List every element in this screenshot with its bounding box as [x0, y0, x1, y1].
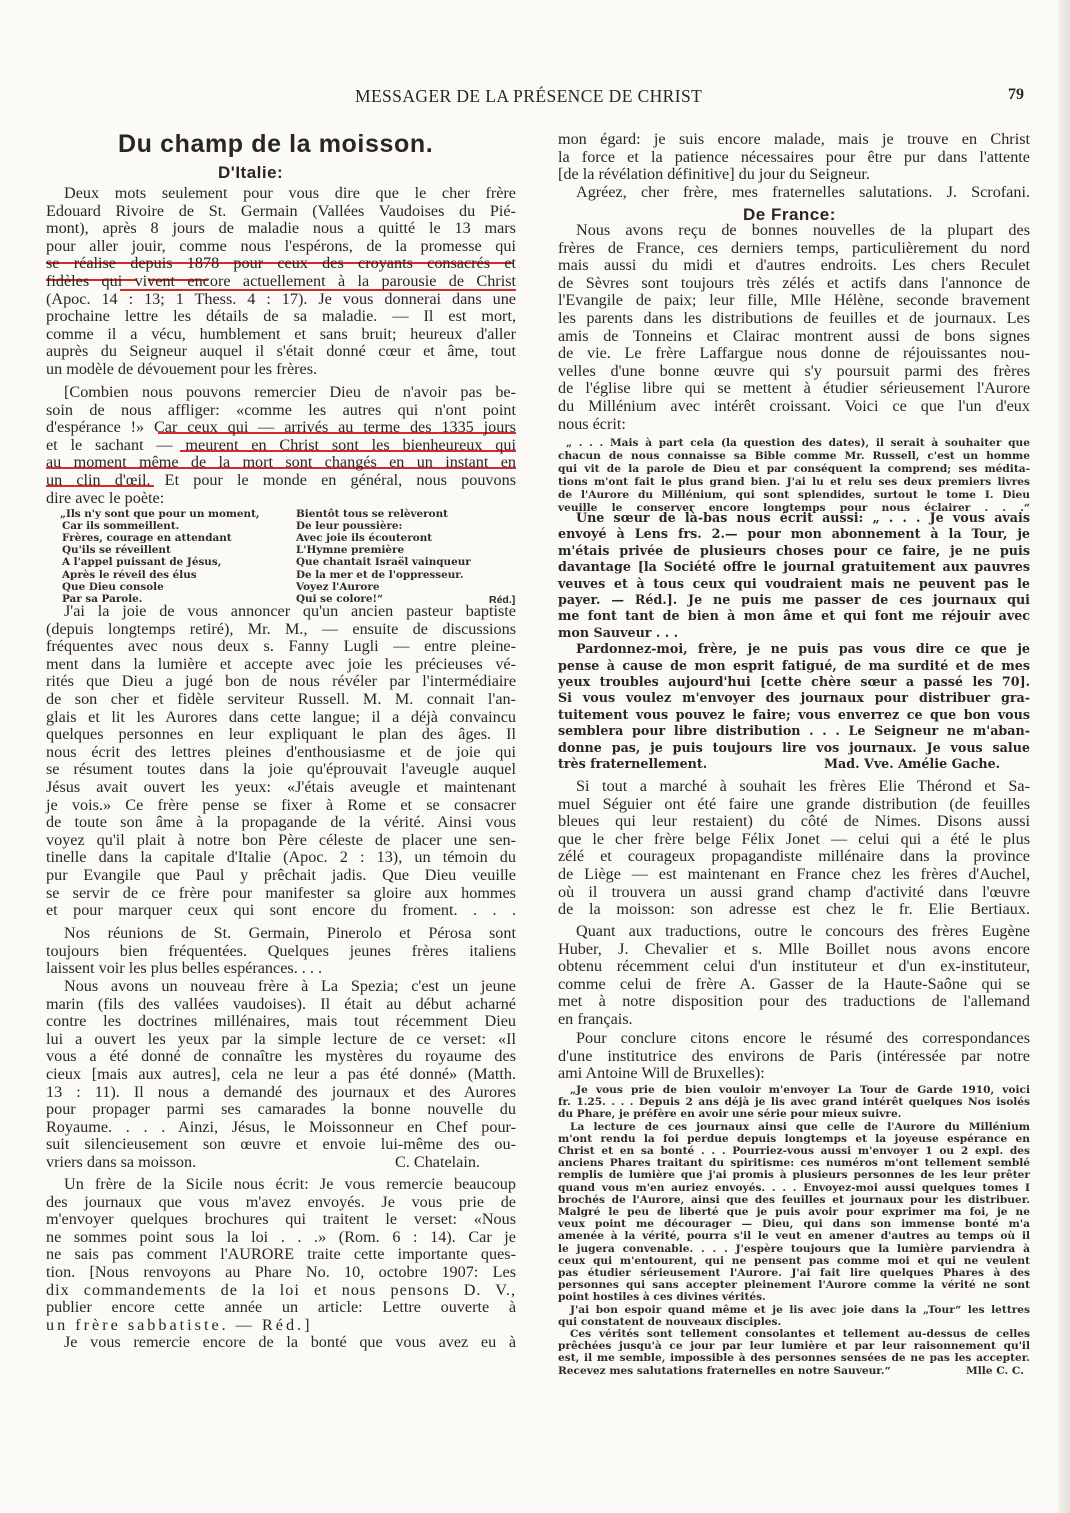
text-line: fréquentes avec nous deux s. Fanny Lugli… — [46, 638, 516, 655]
text-line: J'ai la joie de vous annoncer qu'un anci… — [64, 603, 516, 620]
text-line: Un frère de la Sicile nous écrit: Je vou… — [64, 1176, 516, 1193]
letter-line: Une sœur de là-bas nous écrit aussi: „ .… — [576, 509, 1030, 526]
text-line: un frère sabbatiste. — Réd.] — [46, 1317, 313, 1334]
quote-line: qui constatent de nouveaux disciples. — [558, 1316, 781, 1328]
quote-line: prêchées jusqu'à ce jour par leur lumièr… — [558, 1340, 1030, 1352]
letter-line: semblera pour libre distribution . . . L… — [558, 722, 1030, 739]
letter-line: mon Sauveur . . . — [558, 624, 678, 641]
poem-line: Après le réveil des élus — [62, 570, 197, 581]
quote-line: J'ai bon espoir quand même et je lis ave… — [570, 1304, 1030, 1316]
text-line: zélé et courageux propagandiste millénai… — [558, 848, 1030, 865]
poem-line: L'Hymne première — [296, 545, 404, 556]
quote-line: Recevez mes salutations fraternelles en … — [558, 1365, 891, 1377]
text-line: de l'église libre qui se mettent à étudi… — [558, 380, 1030, 397]
text-line: Nous avons reçu de bonnes nouvelles de l… — [576, 222, 1030, 239]
text-line: rités que Dieu a jugé bon de nous révéle… — [46, 673, 516, 690]
text-line: frères de France, ces derniers temps, pa… — [558, 240, 1030, 257]
quote-line: veux point me décourager — Dieu, qui dan… — [558, 1218, 1030, 1230]
text-line: Huber, J. Chevalier et s. Mlle Boillet n… — [558, 941, 1030, 958]
text-line: publier encore cette année un article: L… — [46, 1299, 516, 1316]
quote-line: „Je vous prie de bien vouloir m'envoyer … — [570, 1084, 1030, 1096]
text-line: les parents dans les distributions de fe… — [558, 310, 1030, 327]
text-line: nous écrit des lettres pleines d'enthous… — [46, 744, 516, 761]
letter-line: tuitement vous pouvez le faire; vous env… — [558, 706, 1030, 723]
quote-line: chacun de nous connaisse sa Bible comme … — [558, 450, 1030, 462]
text-line: un modèle de dévouement pour les frères. — [46, 361, 317, 378]
letter-line: Si vous voulez m'envoyer des journaux po… — [558, 689, 1030, 706]
poem-line: Frères, courage en attendant — [62, 533, 232, 544]
text-line: [de la révélation définitive] du jour du… — [558, 166, 870, 183]
letter-line: donne pas, je puis toujours lire vos jou… — [558, 739, 1030, 756]
section-heading-italy: D'Italie: — [218, 163, 283, 183]
text-line: mon égard: je suis encore malade, mais j… — [558, 131, 1030, 148]
text-line: ne sais pas comment l'AURORE traite cett… — [46, 1246, 516, 1263]
letter-line: yeux troubles aujourd'hui [cette chère s… — [558, 673, 1030, 690]
text-line: laissent voir les plus belles espérances… — [46, 960, 322, 977]
text-line: vriers dans sa moisson. — [46, 1154, 196, 1171]
text-line: bleues qui leur restaient) du côté de Ni… — [558, 813, 1030, 830]
text-line: d'une institutrice des environs de Paris… — [558, 1048, 1030, 1065]
quote-line: quand vous m'en auriez envoyés. . . . En… — [558, 1182, 1030, 1194]
quote-line: point hostiles à ces divines vérités. — [558, 1291, 766, 1303]
letter-line: m'étais privée de plusieurs choses pour … — [558, 542, 1030, 559]
quote-line: „ . . . Mais à part cela (la question de… — [566, 437, 1030, 449]
quote-line: anciens Phares traitant du spiritisme: c… — [558, 1157, 1030, 1169]
letter-line: veuves et à tous ceux qui voudraient mai… — [558, 575, 1030, 592]
text-line: Pour conclure citons encore le résumé de… — [576, 1030, 1030, 1047]
text-line: Agréez, cher frère, mes fraternelles sal… — [576, 184, 1030, 201]
text-line: (Apoc. 14 : 13; 1 Thess. 4 : 17). Je vou… — [46, 291, 516, 308]
text-line: de vie. Le frère Laffargue nous donne de… — [558, 345, 1030, 362]
quote-line: Ces vérités sont tellement consolantes e… — [570, 1328, 1030, 1340]
text-line: en français. — [558, 1011, 633, 1028]
quote-line: La lecture de ces journaux ainsi que cel… — [570, 1121, 1030, 1133]
text-line: d'espérance !» Car ceux qui — arrivés au… — [46, 419, 516, 436]
signature: Mlle C. C. — [966, 1365, 1024, 1377]
quote-line: qui vit de la parole de Dieu et par cons… — [558, 463, 1030, 475]
poem-line: Que chantait Israël vainqueur — [296, 557, 471, 568]
text-line: m'envoyer quelques brochures qui traiten… — [46, 1211, 516, 1228]
quote-line: brochés de l'Aurore, ainsi que des feuil… — [558, 1194, 1030, 1206]
letter-line: Pardonnez-moi, frère, je ne puis pas vou… — [576, 640, 1030, 657]
text-line: soin de nous affliger: «comme les autres… — [46, 402, 516, 419]
text-line: ne sommes point sous la loi . . .» (Rom.… — [46, 1229, 516, 1246]
text-line: se résument toutes dans la joie qu'éprou… — [46, 761, 516, 778]
text-line: toujours bien fréquentées. Quelques jeun… — [46, 943, 516, 960]
text-line: et pour marquer ceux qui sont encore du … — [46, 902, 516, 919]
text-line: (depuis longtemps retiré), Mr. M., — ens… — [46, 621, 516, 638]
text-line: des journaux que vous m'avez envoyés. Je… — [46, 1194, 516, 1211]
poem-line: Voyez l'Aurore — [296, 582, 379, 593]
poem-line: „Ils n'y sont que pour un moment, — [60, 509, 260, 520]
text-line: et le sachant — meurent en Christ sont l… — [46, 437, 516, 454]
poem-line: A l'appel puissant de Jésus, — [62, 557, 221, 568]
text-line: comme il a vécu, humblement et sans brui… — [46, 326, 516, 343]
text-line: la force et la patience nécessaires pour… — [558, 149, 1030, 166]
text-line: mais aussi du midi et d'autres endroits.… — [558, 257, 1030, 274]
text-line: l'Evangile de paix; leur fille, Mlle Hél… — [558, 292, 1030, 309]
text-line: muel Séguier ont été faire une grande di… — [558, 796, 1030, 813]
text-line: Quant aux traductions, outre le concours… — [576, 923, 1030, 940]
text-line: voyez qu'il plait à notre bon Père céles… — [46, 832, 516, 849]
text-line: fidèles qui vivent encore actuellement à… — [46, 273, 516, 290]
quote-line: fr. 1.25. . . . Depuis 2 ans déjà je lis… — [558, 1096, 1030, 1108]
text-line: Jésus avait ouvert les yeux: «J'étais av… — [46, 779, 516, 796]
text-line: velles d'une bonne œuvre qui s'y poursui… — [558, 363, 1030, 380]
text-line: pour aller jouir, comme nous l'espérons,… — [46, 238, 516, 255]
text-line: de la moisson: son adresse est chez le f… — [558, 901, 1030, 918]
text-line: tinelle dans la capitale d'Italie (Apoc.… — [46, 849, 516, 866]
text-line: Nos réunions de St. Germain, Pinerolo et… — [64, 925, 516, 942]
quote-line: de l'Aurore du Millénium, qui sont splen… — [558, 489, 1030, 501]
quote-line: personnes qui sans accepter pleinement l… — [558, 1279, 1030, 1291]
running-head: MESSAGER DE LA PRÉSENCE DE CHRIST — [355, 86, 702, 107]
text-line: nous écrit: — [558, 416, 626, 433]
poem-line: De la mer et de l'oppresseur. — [296, 570, 463, 581]
text-line: 13 : 11). Il nous a demandé des journaux… — [46, 1084, 516, 1101]
text-line: auprès du Seigneur auquel il s'était don… — [46, 343, 516, 360]
signature: C. Chatelain. — [395, 1154, 480, 1171]
quote-line: est, il me semble, impossible à des pers… — [558, 1352, 1030, 1364]
text-line: ami Antoine Will de Bruxelles): — [558, 1065, 765, 1082]
text-line: met à notre disposition pour des traduct… — [558, 993, 1030, 1010]
quote-line: m'ont rendu la foi perdue depuis longtem… — [558, 1133, 1030, 1145]
letter-line: me font tant de bien à mon âme et qui fo… — [558, 607, 1030, 624]
text-line: obtenu récemment celui d'un instituteur … — [558, 958, 1030, 975]
text-line: lui a ouvert les yeux par la simple lect… — [46, 1031, 516, 1048]
text-line: je vois.» Ce frère pense se fixer à Rome… — [46, 797, 516, 814]
text-line: au moment même de la mort sont changés e… — [46, 454, 516, 471]
text-line: Edouard Rivoire de St. Germain (Vallées … — [46, 203, 516, 220]
text-line: quelques personnes en leur expliquant le… — [46, 726, 516, 743]
letter-line: très fraternellement. — [558, 755, 707, 772]
letter-line: davantage [la Société offre le journal g… — [558, 558, 1030, 575]
text-line: se servir de ce frère pour manifester sa… — [46, 885, 516, 902]
letter-line: payer. — Réd.]. Je ne puis me passer de … — [558, 591, 1030, 608]
text-line: tion. [Nous renvoyons au Phare No. 10, o… — [46, 1264, 516, 1281]
text-line: Deux mots seulement pour vous dire que l… — [64, 185, 516, 202]
quote-line: Christ et en sa bonté . . . Pourriez-vou… — [558, 1145, 1030, 1157]
article-title: Du champ de la moisson. — [118, 130, 433, 159]
text-line: un clin d'œil. Et pour le monde en génér… — [46, 472, 516, 489]
text-line: Je vous remercie encore de la bonté que … — [64, 1334, 516, 1351]
text-line: comme celui de frère A. Gasser de la Hau… — [558, 976, 1030, 993]
quote-line: du Phare, je préfère en avoir une série … — [558, 1108, 901, 1120]
page-number: 79 — [1008, 86, 1024, 104]
letter-line: pense à cause de mon esprit fatigué, de … — [558, 657, 1030, 674]
text-line: dix commandements de la loi et nous pens… — [46, 1282, 516, 1299]
text-line: pur Evangile que Paul y prêchait jadis. … — [46, 867, 516, 884]
text-line: de son cher et fidèle serviteur Russell.… — [46, 691, 516, 708]
text-line: vous a été donné de connaître les mystèr… — [46, 1048, 516, 1065]
quote-line: ceux qui m'entourent, qui ne pensent pas… — [558, 1255, 1030, 1267]
text-line: Si tout a marché à souhait les frères El… — [576, 778, 1030, 795]
text-line: Nous avons un nouveau frère à La Spezia;… — [64, 978, 516, 995]
poem-line: Bientôt tous se relèveront — [296, 509, 448, 520]
quote-line: tions m'ont fait le plus grand bien. J'a… — [558, 476, 1030, 488]
text-line: de Liège — est maintenant en France chez… — [558, 866, 1030, 883]
quote-line: amenée à la vérité, pourra s'il le veut … — [558, 1230, 1030, 1242]
signature: Mad. Vve. Amélie Gache. — [824, 755, 1000, 772]
quote-line: remplis de lumière que j'ai promis à plu… — [558, 1169, 1030, 1181]
text-line: se réalise depuis 1878 pour ceux des cro… — [46, 255, 516, 272]
poem-line: Car ils sommeillent. — [62, 521, 179, 532]
text-line: marin (fils des vallées vaudoises). Il é… — [46, 996, 516, 1013]
text-line: mont), après 8 jours de maladie nous a q… — [46, 220, 516, 237]
letter-line: envoyé à Lens frs. 2.— pour mon abonneme… — [558, 525, 1030, 542]
page-edge-shadow — [1058, 0, 1070, 1513]
text-line: de toute son âme à la propagande de la v… — [46, 814, 516, 831]
text-line: [Combien nous pouvons remercier Dieu de … — [64, 384, 516, 401]
text-line: prochaine lettre les détails de sa malad… — [46, 308, 516, 325]
text-line: suit silencieusement son œuvre et envoie… — [46, 1136, 516, 1153]
text-line: de Sèvres sont toujours très zélés et ac… — [558, 275, 1030, 292]
text-line: du Millénium avec intérêt croissant. Voi… — [558, 398, 1030, 415]
poem-line: Qu'ils se réveillent — [62, 545, 171, 556]
text-line: glais et lit les Aurores dans cette lang… — [46, 709, 516, 726]
quote-line: pas étudier sérieusement l'Aurore. J'ai … — [558, 1267, 1030, 1279]
text-line: contre les doctrines millénaires, mais t… — [46, 1013, 516, 1030]
quote-line: le jugera convenable. . . . J'espère tou… — [558, 1243, 1030, 1255]
text-line: dire avec le poète: — [46, 490, 164, 507]
poem-line: De leur poussière: — [296, 521, 402, 532]
text-line: Royaume. . . . Ainzi, Jésus, le Moissonn… — [46, 1119, 516, 1136]
text-line: cieux [mais aux autres], cela ne leur a … — [46, 1066, 516, 1083]
poem-line: Avec joie ils écouteront — [296, 533, 432, 544]
text-line: amis de Tonneins et Clairac montrent aus… — [558, 328, 1030, 345]
quote-line: Malgré le peu de liberté que je puis avo… — [558, 1206, 1030, 1218]
text-line: pour propager parmi ses camarades la bon… — [46, 1101, 516, 1118]
text-line: que le cher frère belge Félix Jonet — ce… — [558, 831, 1030, 848]
poem-line: Que Dieu console — [62, 582, 164, 593]
text-line: ment dans la lumière et accepte avec joi… — [46, 656, 516, 673]
text-line: où il trouvera un aussi grand champ d'ac… — [558, 884, 1030, 901]
